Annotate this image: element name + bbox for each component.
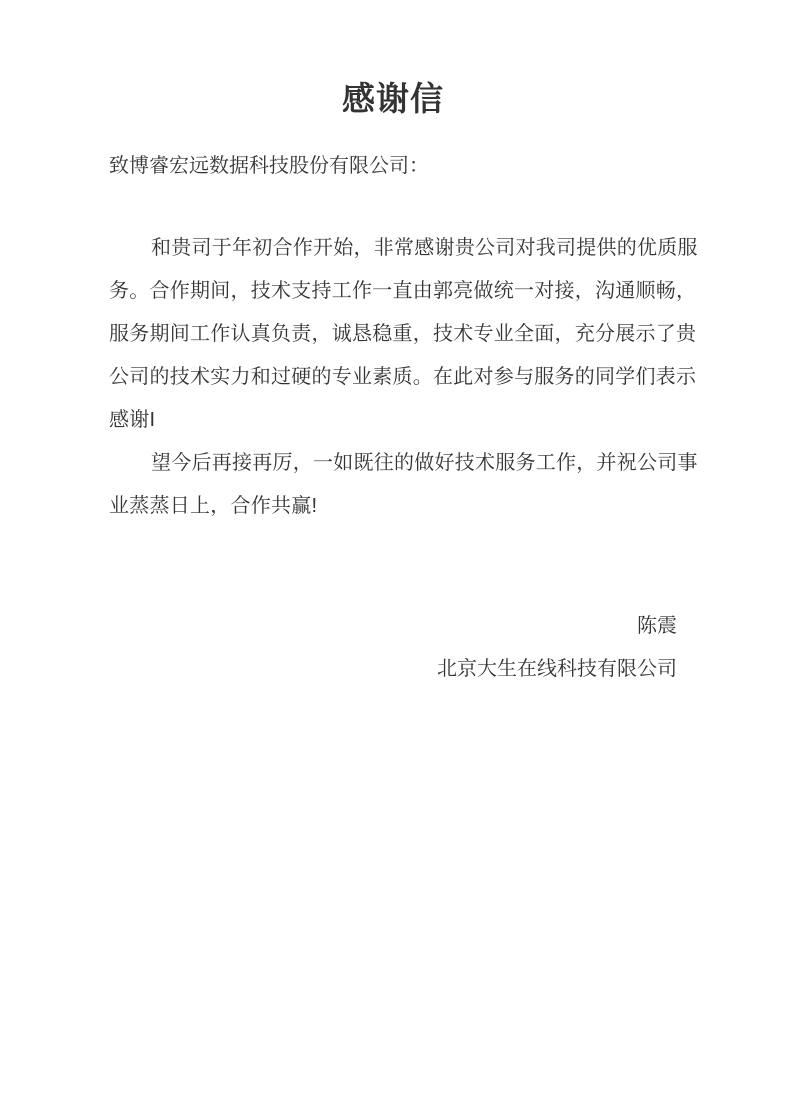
- body-line: 业蒸蒸日上，合作共赢!: [109, 485, 677, 528]
- letter-body: 和贵司于年初合作开始，非常感谢贵公司对我司提供的优质服 务。合作期间，技术支持工…: [109, 227, 677, 528]
- body-line: 务。合作期间，技术支持工作一直由郭亮做统一对接，沟通顺畅，: [109, 270, 677, 313]
- letter-page: 感谢信 致博睿宏远数据科技股份有限公司： 和贵司于年初合作开始，非常感谢贵公司对…: [0, 0, 786, 1112]
- body-line: 和贵司于年初合作开始，非常感谢贵公司对我司提供的优质服: [109, 227, 677, 270]
- body-line: 服务期间工作认真负责，诚恳稳重，技术专业全面，充分展示了贵: [109, 313, 677, 356]
- salutation: 致博睿宏远数据科技股份有限公司：: [109, 145, 677, 188]
- body-line: 感谢I: [109, 399, 677, 442]
- letter-title: 感谢信: [0, 79, 786, 119]
- signature-name: 陈震: [109, 605, 677, 648]
- body-line: 望今后再接再厉，一如既往的做好技术服务工作，并祝公司事: [109, 442, 677, 485]
- signature-company: 北京大生在线科技有限公司: [109, 648, 677, 691]
- body-line: 公司的技术实力和过硬的专业素质。在此对参与服务的同学们表示: [109, 356, 677, 399]
- signature-block: 陈震 北京大生在线科技有限公司: [109, 605, 677, 691]
